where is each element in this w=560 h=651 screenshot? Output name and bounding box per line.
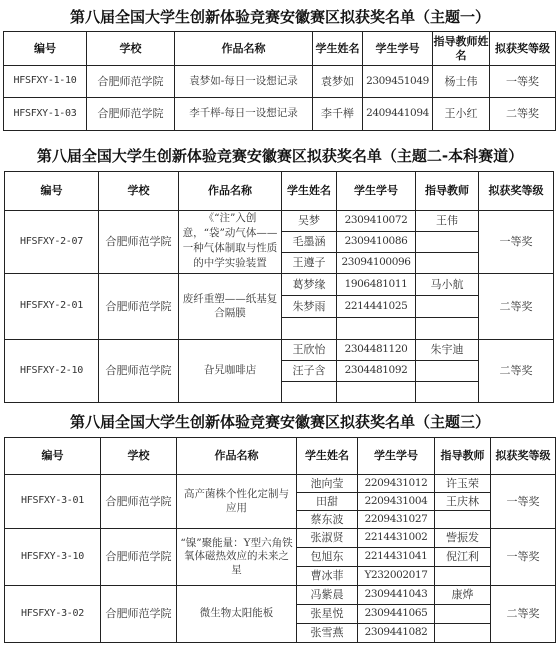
teacher-name: 訾振发	[435, 529, 491, 548]
award-level: 二等奖	[490, 98, 556, 131]
entry-id: HFSFXY-2-07	[5, 211, 99, 274]
award-table-theme-3: 编号 学校 作品名称 学生姓名 学生学号 指导教师 拟获奖等级 HFSFXY-3…	[4, 437, 556, 643]
teacher-name: 王庆林	[435, 493, 491, 511]
teacher-name: 许玉荣	[435, 475, 491, 493]
student-id: 2309441065	[358, 605, 435, 624]
student-name: 包旭东	[297, 548, 358, 567]
student-id: 2309441082	[358, 624, 435, 643]
header-id: 编号	[4, 32, 87, 66]
student-name: 曹冰菲	[297, 567, 358, 586]
teacher-name: 王小红	[433, 98, 490, 131]
student-name: 冯紫晨	[297, 586, 358, 605]
student-id: 2214431002	[358, 529, 435, 548]
entry-id: HFSFXY-3-01	[5, 475, 101, 529]
header-student-id: 学生学号	[363, 32, 433, 66]
table-row: HFSFXY-3-01 合肥师范学院 高产菌株个性化定制与应用 池向莹 2209…	[5, 475, 556, 493]
teacher-name	[416, 253, 479, 274]
header-teacher: 指导教师姓名	[433, 32, 490, 66]
header-student-name: 学生姓名	[297, 438, 358, 475]
student-id: 2304481092	[337, 361, 416, 382]
student-name: 王欣怡	[282, 340, 337, 361]
teacher-name	[435, 511, 491, 529]
table-header-row: 编号 学校 作品名称 学生姓名 学生学号 指导教师姓名 拟获奖等级	[4, 32, 556, 66]
student-name: 吴梦	[282, 211, 337, 232]
entry-school: 合肥师范学院	[99, 211, 179, 274]
entry-work: 旮旯咖啡店	[179, 340, 282, 403]
student-name	[282, 318, 337, 340]
table-row: HFSFXY-1-03 合肥师范学院 李千榉-每日一设想记录 李千榉 24094…	[4, 98, 556, 131]
student-name: 张淑贤	[297, 529, 358, 548]
student-name: 朱梦雨	[282, 296, 337, 318]
entry-school: 合肥师范学院	[101, 586, 177, 643]
teacher-name: 康烨	[435, 586, 491, 605]
entry-id: HFSFXY-1-10	[4, 66, 87, 98]
award-level: 一等奖	[490, 66, 556, 98]
section-3-title: 第八届全国大学生创新体验竞赛安徽赛区拟获奖名单（主题三）	[0, 411, 560, 432]
table-header-row: 编号 学校 作品名称 学生姓名 学生学号 指导教师 拟获奖等级	[5, 438, 556, 475]
entry-work: 《“注”入创意，“袋”动气体——一种气体制取与性质的中学实验装置	[179, 211, 282, 274]
header-student-name: 学生姓名	[313, 32, 363, 66]
student-id: 1906481011	[337, 274, 416, 296]
entry-work: 废纤重塑——纸基复合隔膜	[179, 274, 282, 340]
teacher-name	[416, 318, 479, 340]
teacher-name	[435, 605, 491, 624]
student-name: 蔡东波	[297, 511, 358, 529]
student-name	[282, 382, 337, 403]
student-id: 2309410086	[337, 232, 416, 253]
student-id: 2309410072	[337, 211, 416, 232]
section-2-title: 第八届全国大学生创新体验竞赛安徽赛区拟获奖名单（主题二-本科赛道）	[0, 145, 560, 166]
table-row: HFSFXY-3-02 合肥师范学院 微生物太阳能板 冯紫晨 230944104…	[5, 586, 556, 605]
header-work: 作品名称	[175, 32, 313, 66]
entry-work-text: 《“注”入创意，“袋”动气体——一种气体制取与性质的中学实验装置	[181, 211, 279, 273]
table-row: HFSFXY-2-10 合肥师范学院 旮旯咖啡店 王欣怡 2304481120 …	[5, 340, 554, 361]
table-row: HFSFXY-3-10 合肥师范学院 “镍”聚能量：Y型六角铁氧体磁热效应的未来…	[5, 529, 556, 548]
student-name: 袁梦如	[313, 66, 363, 98]
entry-id: HFSFXY-3-10	[5, 529, 101, 586]
header-student-id: 学生学号	[358, 438, 435, 475]
header-work: 作品名称	[177, 438, 297, 475]
header-school: 学校	[87, 32, 175, 66]
teacher-name	[416, 296, 479, 318]
entry-school: 合肥师范学院	[101, 529, 177, 586]
entry-id: HFSFXY-2-01	[5, 274, 99, 340]
teacher-name: 王伟	[416, 211, 479, 232]
entry-work: 高产菌株个性化定制与应用	[177, 475, 297, 529]
teacher-name	[416, 232, 479, 253]
header-work: 作品名称	[179, 172, 282, 211]
student-id: 2304481120	[337, 340, 416, 361]
teacher-name	[416, 361, 479, 382]
entry-school: 合肥师范学院	[99, 274, 179, 340]
table-row: HFSFXY-2-07 合肥师范学院 《“注”入创意，“袋”动气体——一种气体制…	[5, 211, 554, 232]
student-name: 汪子含	[282, 361, 337, 382]
header-teacher: 指导教师	[435, 438, 491, 475]
entry-work: 微生物太阳能板	[177, 586, 297, 643]
header-award: 拟获奖等级	[490, 32, 556, 66]
student-name: 葛梦缘	[282, 274, 337, 296]
header-student-name: 学生姓名	[282, 172, 337, 211]
teacher-name: 马小航	[416, 274, 479, 296]
student-id: 2409441094	[363, 98, 433, 131]
header-id: 编号	[5, 438, 101, 475]
table-header-row: 编号 学校 作品名称 学生姓名 学生学号 指导教师 拟获奖等级	[5, 172, 554, 211]
student-name: 张雪燕	[297, 624, 358, 643]
entry-school: 合肥师范学院	[87, 98, 175, 131]
award-table-theme-1: 编号 学校 作品名称 学生姓名 学生学号 指导教师姓名 拟获奖等级 HFSFXY…	[3, 31, 556, 131]
student-id	[337, 318, 416, 340]
student-id: 2309451049	[363, 66, 433, 98]
teacher-name	[435, 624, 491, 643]
award-level: 二等奖	[479, 340, 554, 403]
student-id: 2309441043	[358, 586, 435, 605]
header-school: 学校	[101, 438, 177, 475]
student-id: 2209431004	[358, 493, 435, 511]
teacher-name: 朱宇迪	[416, 340, 479, 361]
student-id: 2209431027	[358, 511, 435, 529]
header-award: 拟获奖等级	[491, 438, 556, 475]
student-name: 田甜	[297, 493, 358, 511]
award-level: 一等奖	[491, 529, 556, 586]
table-row: HFSFXY-2-01 合肥师范学院 废纤重塑——纸基复合隔膜 葛梦缘 1906…	[5, 274, 554, 296]
student-id: Y232002017	[358, 567, 435, 586]
header-teacher: 指导教师	[416, 172, 479, 211]
award-level: 一等奖	[479, 211, 554, 274]
entry-id: HFSFXY-2-10	[5, 340, 99, 403]
student-name: 李千榉	[313, 98, 363, 131]
student-id: 23094100096	[337, 253, 416, 274]
header-student-id: 学生学号	[337, 172, 416, 211]
entry-school: 合肥师范学院	[101, 475, 177, 529]
student-name: 张星悦	[297, 605, 358, 624]
section-1-title: 第八届全国大学生创新体验竞赛安徽赛区拟获奖名单（主题一）	[0, 6, 560, 27]
student-id: 2214441025	[337, 296, 416, 318]
header-school: 学校	[99, 172, 179, 211]
student-id: 2209431012	[358, 475, 435, 493]
header-award: 拟获奖等级	[479, 172, 554, 211]
entry-work: 李千榉-每日一设想记录	[175, 98, 313, 131]
teacher-name: 倪江利	[435, 548, 491, 567]
entry-id: HFSFXY-3-02	[5, 586, 101, 643]
student-name: 王遵子	[282, 253, 337, 274]
entry-work: “镍”聚能量：Y型六角铁氧体磁热效应的未来之星	[177, 529, 297, 586]
student-name: 毛墨涵	[282, 232, 337, 253]
teacher-name: 杨士伟	[433, 66, 490, 98]
award-table-theme-2: 编号 学校 作品名称 学生姓名 学生学号 指导教师 拟获奖等级 HFSFXY-2…	[4, 171, 554, 403]
award-level: 二等奖	[491, 586, 556, 643]
entry-school: 合肥师范学院	[99, 340, 179, 403]
student-id	[337, 382, 416, 403]
student-id: 2214431041	[358, 548, 435, 567]
award-level: 一等奖	[491, 475, 556, 529]
entry-school: 合肥师范学院	[87, 66, 175, 98]
teacher-name	[435, 567, 491, 586]
teacher-name	[416, 382, 479, 403]
award-level: 二等奖	[479, 274, 554, 340]
header-id: 编号	[5, 172, 99, 211]
entry-id: HFSFXY-1-03	[4, 98, 87, 131]
student-name: 池向莹	[297, 475, 358, 493]
table-row: HFSFXY-1-10 合肥师范学院 袁梦如-每日一设想记录 袁梦如 23094…	[4, 66, 556, 98]
entry-work: 袁梦如-每日一设想记录	[175, 66, 313, 98]
